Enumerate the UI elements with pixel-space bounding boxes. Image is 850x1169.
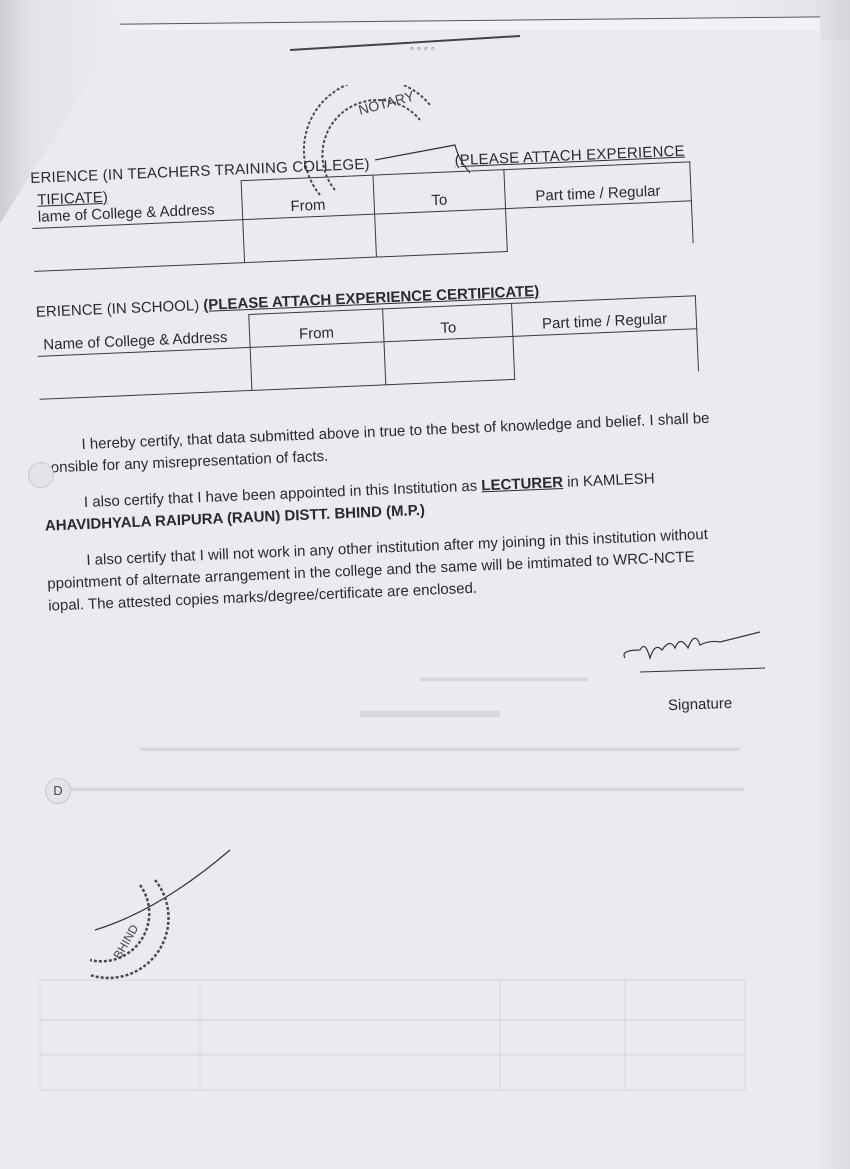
column-header-from: From [241,175,374,219]
page-right-edge [820,40,850,1169]
bleed-through-text: ▬▬▬▬▬▬▬▬▬▬▬▬▬▬ [420,670,588,684]
cell-part-time-regular[interactable] [505,200,693,251]
notary-stamp-bottom: BHIND [80,840,240,990]
cell-to[interactable] [384,336,515,384]
cell-to[interactable] [374,208,507,256]
top-header-smudge: ◦ ◦ ◦ ◦ [290,28,530,58]
column-header-to: To [373,170,506,214]
cell-part-time-regular[interactable] [513,328,698,379]
bleed-through-text: ▬▬▬▬▬▬▬▬▬▬▬▬▬▬▬▬▬▬▬▬▬▬▬▬▬▬▬▬▬▬▬▬▬▬▬▬▬▬▬▬… [140,740,740,754]
signature-label: Signature [668,695,733,714]
svg-text:BHIND: BHIND [110,922,141,962]
svg-text:◦ ◦ ◦ ◦: ◦ ◦ ◦ ◦ [410,43,435,55]
bleed-through-text: ▬▬▬▬▬▬▬▬▬▬▬▬▬▬▬▬▬▬▬▬▬▬▬▬▬▬▬▬▬▬▬▬▬▬▬▬▬▬▬▬… [60,780,744,794]
designation: LECTURER [481,473,563,493]
document-content: ERIENCE (IN TEACHERS TRAINING COLLEGE) (… [30,141,748,617]
column-header-to: To [383,303,513,341]
cell-from[interactable] [243,214,376,262]
bleed-through-heading: ▬▬▬▬▬▬▬ [360,700,500,723]
cell-from[interactable] [250,341,386,390]
margin-circle-marker [28,462,54,488]
svg-text:NOTARY: NOTARY [357,88,417,118]
margin-marker-d: D [45,778,71,804]
